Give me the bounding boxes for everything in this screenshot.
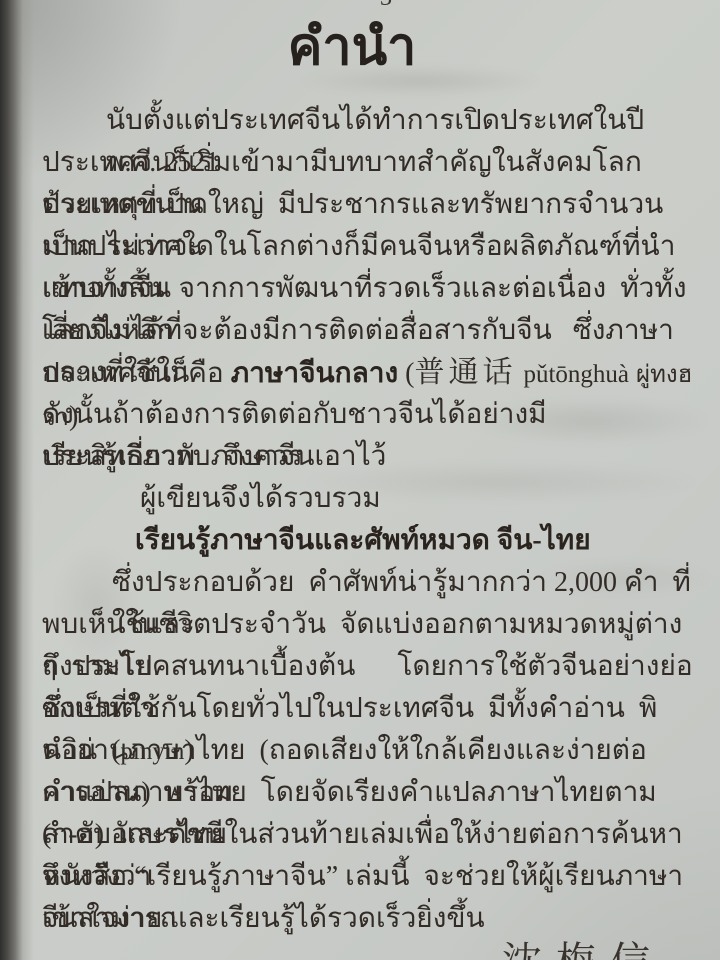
book-page-photo: - 3 - คำนำ นับตั้งแต่ประเทศจีนได้ทำการเป… <box>0 0 720 960</box>
text-line: นับตั้งแต่ประเทศจีนได้ทำการเปิดประเทศในป… <box>42 100 694 142</box>
text-line: ถึงประโยคสนทนาเบื้องต้น โดยการใช้ตัวจีนอ… <box>42 646 694 688</box>
text-line: แทบทั้งสิ้น จากการพัฒนาที่รวดเร็วและต่อเ… <box>42 268 694 310</box>
author-signature-chinese: 沈梅信 <box>502 936 672 960</box>
text-segment: เรียนรู้ภาษาจีนและศัพท์หมวด จีน-ไทย <box>135 525 591 556</box>
text-segment: เรียนรู้เกี่ยวกับภาษาจีนเอาไว้ <box>42 441 386 472</box>
text-line: พบเห็นในชีวิตประจำวัน จัดแบ่งออกตามหมวดห… <box>42 604 694 646</box>
page-number: - 3 - <box>344 0 434 12</box>
text-line: คำแปลภาษาไทย โดยจัดเรียงคำแปลภาษาไทยตามล… <box>42 772 694 814</box>
text-line: เป็นประเทศใดในโลกต่างก็มีคนจีนหรือผลิตภั… <box>42 226 694 268</box>
text-line: อักษรที่ใช้กันโดยทั่วไปในประเทศจีน มีทั้… <box>42 688 694 730</box>
text-segment: ภาษาจีนกลาง <box>231 358 398 389</box>
text-segment: ผู้เขียนจึงได้รวบรวม <box>140 483 381 514</box>
text-segment: เข้าใจง่าย และเรียนรู้ได้รวดเร็วยิ่งขึ้น <box>42 903 485 934</box>
text-segment: ( <box>398 358 414 389</box>
text-segment: 普通话 <box>414 356 516 389</box>
text-line: เลี่ยงไม่ได้ที่จะต้องมีการติดต่อสื่อสารก… <box>42 310 694 352</box>
text-line: เข้าใจง่าย และเรียนรู้ได้รวดเร็วยิ่งขึ้น <box>42 898 694 940</box>
text-line: ผู้เขียนจึงได้รวบรวม <box>42 478 694 520</box>
text-line: ซึ่งประกอบด้วย คำศัพท์น่ารู้มากกว่า 2,00… <box>42 562 694 604</box>
text-line: ประเทศขนาดใหญ่ มีประชากรและทรัพยากรจำนวน… <box>42 184 694 226</box>
text-line: คำอ่านภาษาไทย (ถอดเสียงให้ใกล้เคียงและง่… <box>42 730 694 772</box>
body-text: นับตั้งแต่ประเทศจีนได้ทำการเปิดประเทศในป… <box>42 100 694 940</box>
text-line: (ก-ฮ) และดัชนีในส่วนท้ายเล่มเพื่อให้ง่าย… <box>42 814 694 856</box>
text-segment: pǔtōnghuà <box>523 361 629 388</box>
text-line: หนังสือ “เรียนรู้ภาษาจีน” เล่มนี้ จะช่วย… <box>42 856 694 898</box>
book-spine-shadow <box>0 0 34 960</box>
text-line: ประเทศจีนก็เริ่มเข้ามามีบทบาทสำคัญในสังค… <box>42 142 694 184</box>
text-line: ดังนั้นถ้าต้องการติดต่อกับชาวจีนได้อย่าง… <box>42 394 694 436</box>
text-line: ประเทศจีนก็คือ ภาษาจีนกลาง (普通话 pǔtōnghu… <box>42 352 694 394</box>
text-segment <box>629 358 636 389</box>
text-line: เรียนรู้ภาษาจีนและศัพท์หมวด จีน-ไทย <box>42 520 694 562</box>
text-segment: ประเทศจีนก็คือ <box>42 358 231 389</box>
text-line: เรียนรู้เกี่ยวกับภาษาจีนเอาไว้ <box>42 436 694 478</box>
page-title: คำนำ <box>42 18 662 78</box>
